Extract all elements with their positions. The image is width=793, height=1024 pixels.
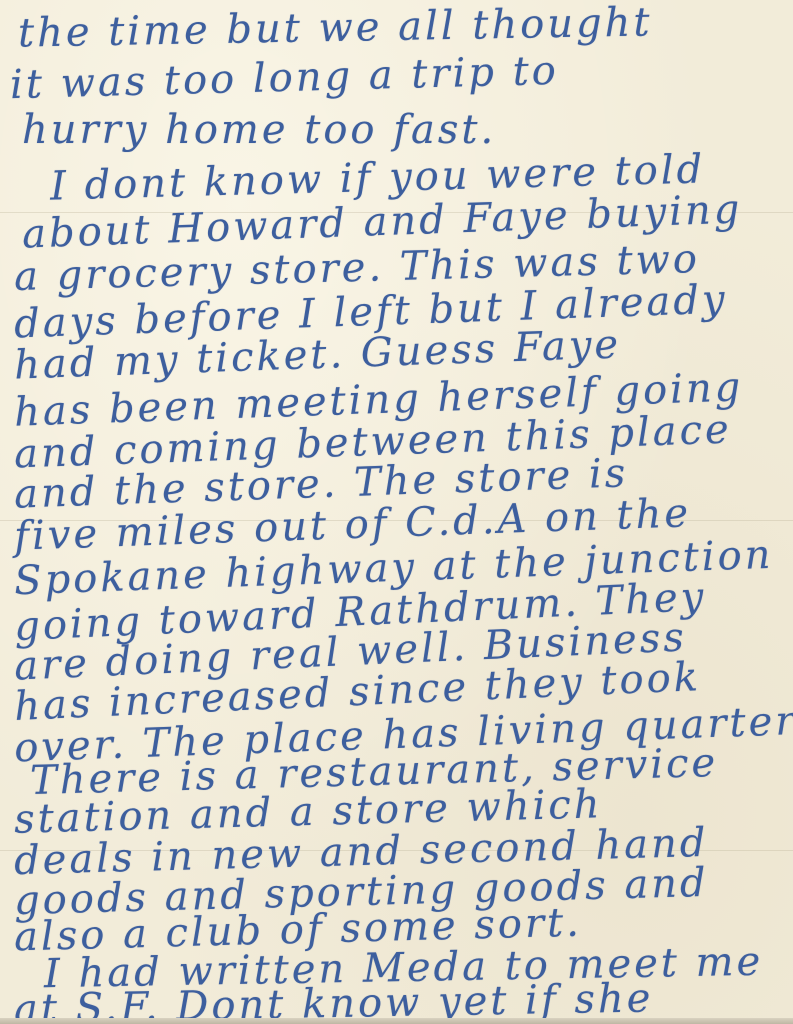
letter-page: the time but we all thought it was too l… [0,0,793,1024]
letter-line: hurry home too fast. [22,110,496,150]
page-bottom-edge [0,1018,793,1024]
letter-line: it was too long a trip to [10,51,560,105]
letter-line: the time but we all thought [18,2,653,53]
